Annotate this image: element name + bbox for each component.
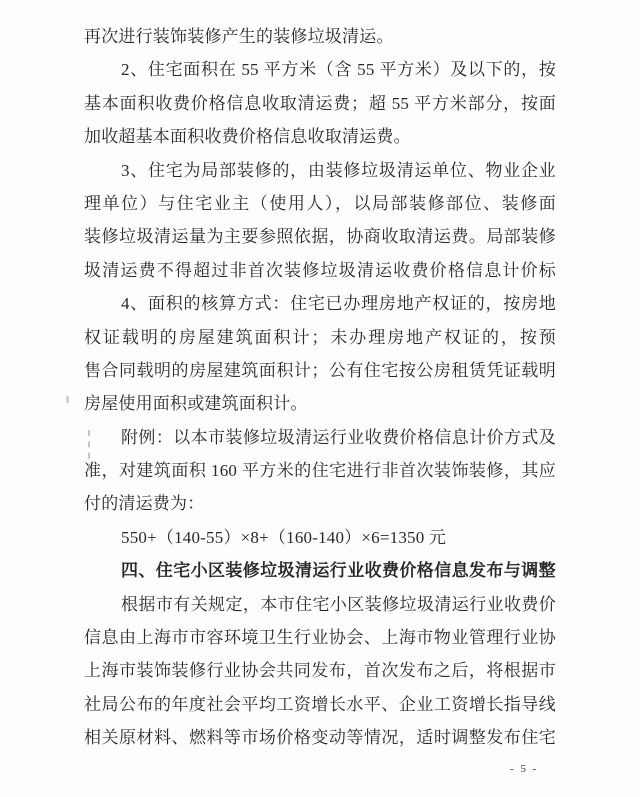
doc-line: 装修垃圾清运量为主要参照依据，协商收取清运费。局部装修垃 xyxy=(84,220,556,253)
doc-line: 基本面积收费价格信息收取清运费；超 55 平方米部分，按面积 xyxy=(84,87,556,120)
doc-line: 2、住宅面积在 55 平方米（含 55 平方米）及以下的，按套 xyxy=(84,53,556,86)
document-body: 再次进行装饰装修产生的装修垃圾清运。 2、住宅面积在 55 平方米（含 55 平… xyxy=(84,20,556,755)
doc-line: 加收超基本面积收费价格信息收取清运费。 xyxy=(84,120,556,153)
scan-artifact xyxy=(88,430,90,470)
doc-line: 圾清运费不得超过非首次装修垃圾清运收费价格信息计价标准。 xyxy=(84,254,556,287)
doc-line: 房屋使用面积或建筑面积计。 xyxy=(84,387,556,420)
doc-line: 付的清运费为： xyxy=(84,487,556,520)
doc-line: 信息由上海市市容环境卫生行业协会、上海市物业管理行业协会、 xyxy=(84,621,556,654)
document-page: 再次进行装饰装修产生的装修垃圾清运。 2、住宅面积在 55 平方米（含 55 平… xyxy=(0,0,640,797)
doc-line: 理单位）与住宅业主（使用人），以局部装修部位、装修面积、 xyxy=(84,187,556,220)
scan-artifact xyxy=(66,396,69,403)
doc-line: 权证载明的房屋建筑面积计；未办理房地产权证的，按预（销） xyxy=(84,321,556,354)
doc-line: 根据市有关规定，本市住宅小区装修垃圾清运行业收费价格 xyxy=(84,588,556,621)
fee-formula: 550+（140-55）×8+（160-140）×6=1350 元 xyxy=(84,521,556,554)
doc-line: 4、面积的核算方式：住宅已办理房地产权证的，按房地产 xyxy=(84,287,556,320)
doc-line: 再次进行装饰装修产生的装修垃圾清运。 xyxy=(84,20,556,53)
doc-line: 准，对建筑面积 160 平方米的住宅进行非首次装饰装修，其应支 xyxy=(84,454,556,487)
doc-line: 3、住宅为局部装修的，由装修垃圾清运单位、物业企业（管 xyxy=(84,154,556,187)
doc-line: 相关原材料、燃料等市场价格变动等情况，适时调整发布住宅小 xyxy=(84,721,556,754)
doc-line: 上海市装饰装修行业协会共同发布，首次发布之后，将根据市人 xyxy=(84,654,556,687)
doc-line: 附例：以本市装修垃圾清运行业收费价格信息计价方式及标 xyxy=(84,421,556,454)
doc-line: 售合同载明的房屋建筑面积计；公有住宅按公房租赁凭证载明的 xyxy=(84,354,556,387)
section-heading: 四、住宅小区装修垃圾清运行业收费价格信息发布与调整 xyxy=(84,554,556,587)
doc-line: 社局公布的年度社会平均工资增长水平、企业工资增长指导线及 xyxy=(84,688,556,721)
page-number: - 5 - xyxy=(510,763,538,775)
